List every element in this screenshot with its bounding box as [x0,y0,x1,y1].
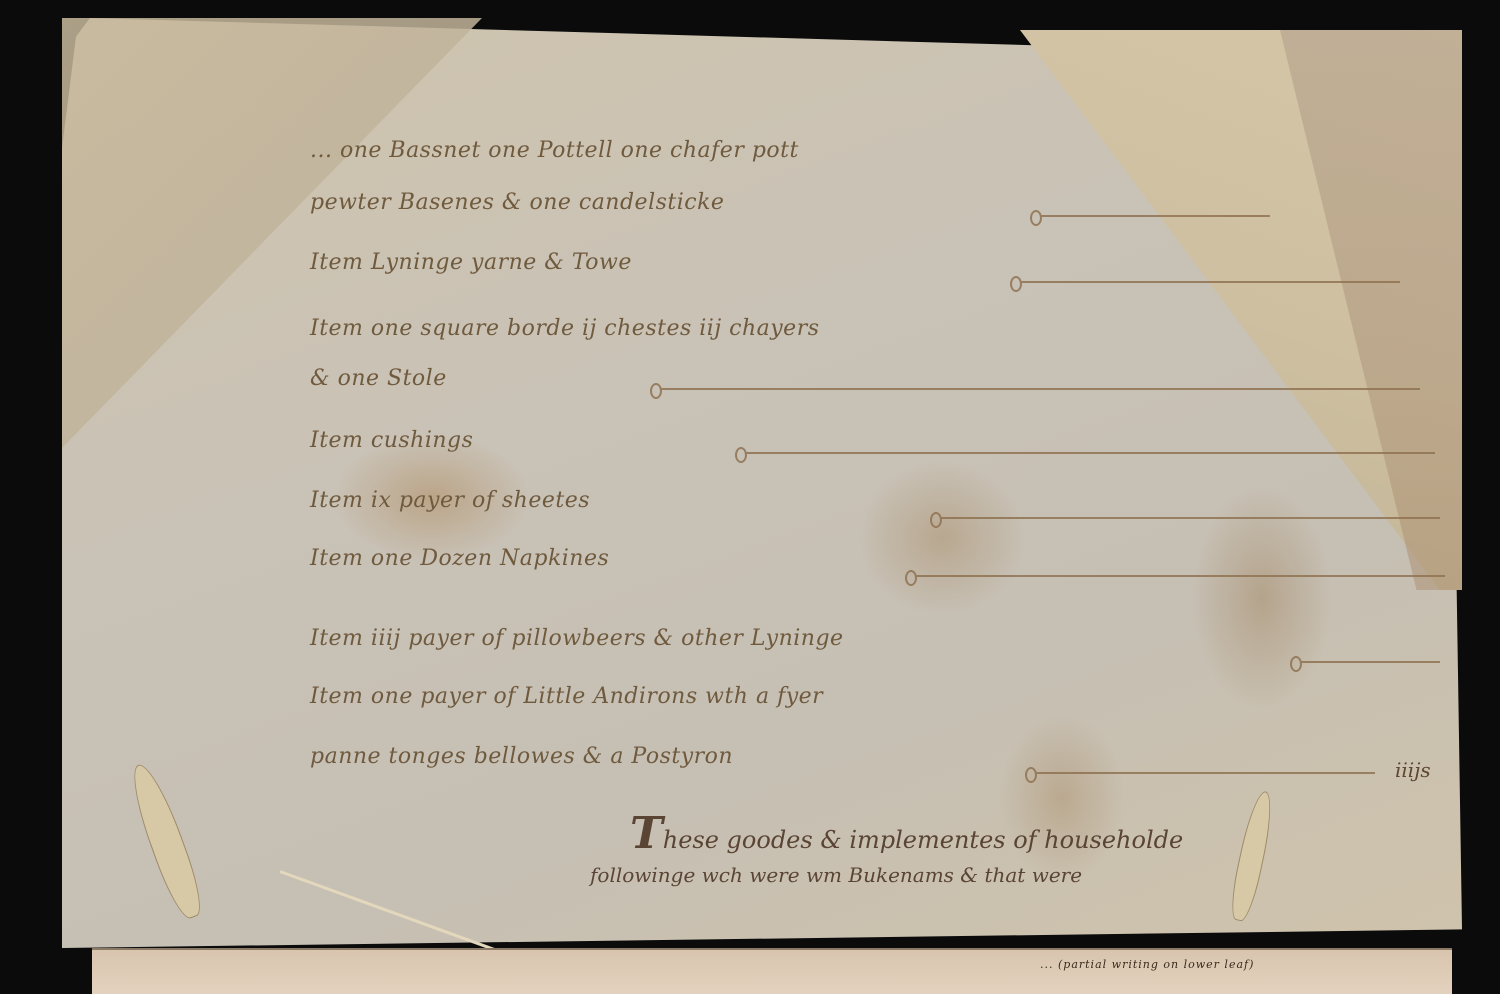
closing-line-1: These goodes & implementes of householde [630,808,1450,859]
inventory-line: ... one Bassnet one Pottell one chafer p… [310,138,1390,168]
ruled-line [915,575,1445,577]
inventory-line: Item Lyninge yarne & Towe [310,250,1390,280]
lower-leaf-note: ... (partial writing on lower leaf) [1040,958,1254,971]
ruled-line [1020,281,1400,283]
inventory-line: Item one square borde ij chestes iij cha… [310,316,1390,346]
inventory-line: panne tonges bellowes & a Postyron [310,744,1390,774]
ruled-line [1040,215,1270,217]
ruled-line [940,517,1440,519]
closing-statement: These goodes & implementes of householde… [630,808,1450,887]
inventory-line: & one Stole [310,366,1390,396]
inventory-line: Item ix payer of sheetes [310,488,1390,518]
ruled-line [1035,772,1375,774]
closing-line-2: followinge wch were wm Bukenams & that w… [590,863,1450,887]
ruled-line [660,388,1420,390]
inventory-line: Item iiij payer of pillowbeers & other L… [310,626,1390,656]
inventory-line: Item one payer of Little Andirons wth a … [310,684,1390,714]
ruled-line [1300,661,1440,663]
inventory-line: Item one Dozen Napkines [310,546,1390,576]
ruled-line [745,452,1435,454]
amount-total: iiijs [1395,758,1431,782]
lower-leaf [92,948,1452,994]
